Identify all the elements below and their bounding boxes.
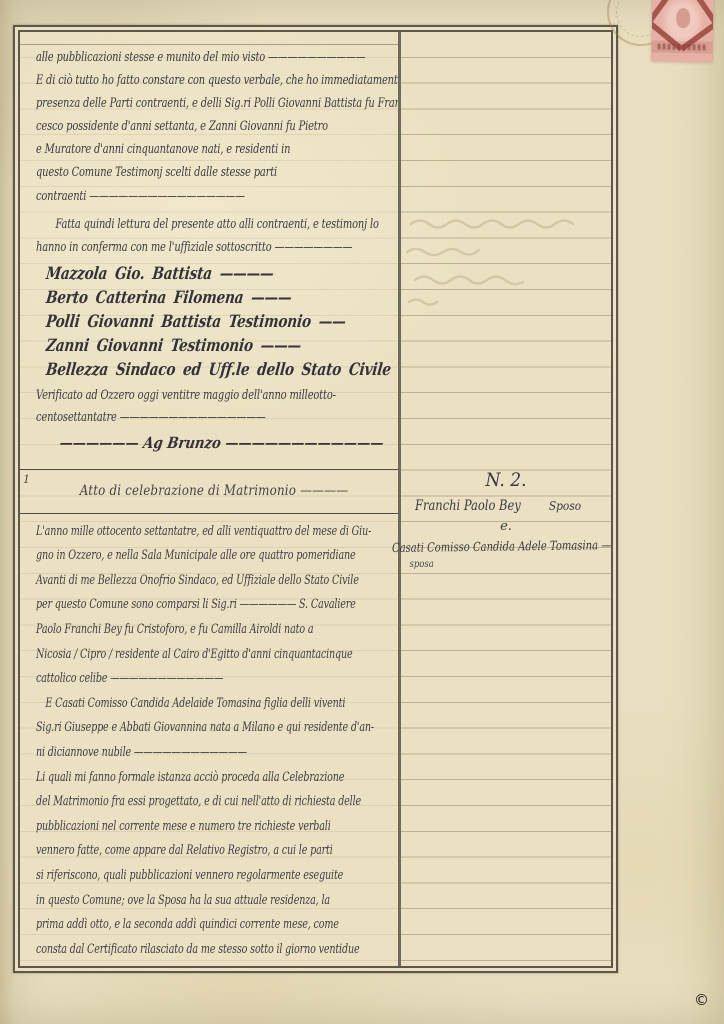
section-heading-band: Atto di celebrazione di Matrimonio ———— — [36, 470, 392, 513]
annotation-column: N. 2. Franchi Paolo Bey Sposo e. Casati … — [398, 32, 611, 966]
handwritten-line: ni diciannove nubile ———————————— — [36, 740, 307, 765]
conjunction: e. — [401, 519, 611, 534]
handwritten-line: Avanti di me Bellezza Onofrio Sindaco, e… — [36, 568, 307, 593]
signature-line: Zanni Giovanni Testimonio ——— — [45, 334, 324, 358]
handwritten-line: E di ciò tutto ho fatto constare con que… — [36, 69, 307, 92]
handwritten-line: presenza delle Parti contraenti, e delli… — [36, 92, 307, 115]
attestation-paragraph: Fatta quindi lettura del presente atto a… — [36, 213, 392, 260]
marriage-act-paragraph: L'anno mille ottocento settantatre, ed a… — [36, 514, 392, 962]
signature-block: Mazzola Gio. Battista ————Berto Catterin… — [36, 262, 392, 382]
handwritten-line: e Muratore d'anni cinquantanove nati, e … — [36, 138, 307, 161]
handwritten-line: vennero fatte, come appare dal Relativo … — [36, 838, 307, 863]
handwritten-line: Verificato ad Ozzero oggi ventitre maggi… — [36, 385, 307, 408]
groom-line: Franchi Paolo Bey Sposo — [401, 498, 611, 514]
handwritten-line: consta dal Certificato rilasciato da me … — [36, 937, 307, 962]
handwritten-line: in questo Comune; ove la Sposa ha la sua… — [36, 888, 307, 913]
handwritten-line: del Matrimonio fra essi progettato, e di… — [36, 789, 307, 814]
handwritten-line: per questo Comune sono comparsi li Sig.r… — [36, 592, 307, 617]
revenue-stamp-icon — [651, 0, 714, 63]
handwritten-line: questo Comune Testimonj scelti dalle ste… — [36, 161, 307, 184]
handwritten-line: Paolo Franchi Bey fu Cristoforo, e fu Ca… — [36, 617, 307, 642]
margin-annotation: N. 2. Franchi Paolo Bey Sposo e. Casati … — [401, 469, 611, 570]
signature-line: Berto Catterina Filomena ——— — [45, 286, 324, 310]
handwritten-line: alle pubblicazioni stesse e munito del m… — [36, 46, 307, 69]
signature-line: Mazzola Gio. Battista ———— — [45, 262, 324, 286]
verification-paragraph: Verificato ad Ozzero oggi ventitre maggi… — [36, 385, 392, 430]
groom-role-label: Sposo — [549, 498, 581, 513]
act-text-column: alle pubblicazioni stesse e munito del m… — [20, 32, 398, 966]
signature-line: Polli Giovanni Battista Testimonio —— — [45, 310, 324, 334]
ink-bleedthrough — [405, 208, 610, 308]
handwritten-line: contraenti ———————————————— — [36, 185, 307, 208]
handwritten-line: Sig.ri Giuseppe e Abbati Giovannina nata… — [36, 715, 307, 740]
handwritten-line: L'anno mille ottocento settantatre, ed a… — [36, 519, 307, 544]
handwritten-line: Li quali mi fanno formale istanza acciò … — [36, 765, 307, 790]
handwritten-line: pubblicazioni nel corrente mese e numero… — [36, 814, 307, 839]
handwritten-line: Nicosia / Cipro / residente al Cairo d'E… — [36, 642, 307, 667]
section-heading: Atto di celebrazione di Matrimonio ———— — [80, 483, 349, 499]
stray-ink-mark: 1 — [23, 473, 30, 486]
handwritten-line: prima addì otto, e la seconda addì quind… — [36, 912, 307, 937]
handwritten-line: E Casati Comisso Candida Adelaide Tomasi… — [36, 691, 307, 716]
register-table: alle pubblicazioni stesse e munito del m… — [20, 32, 611, 966]
groom-name: Franchi Paolo Bey — [415, 498, 521, 514]
copyright-symbol: © — [694, 991, 709, 1009]
signature-line: Bellezza Sindaco ed Uff.le dello Stato C… — [45, 358, 324, 382]
handwritten-line: cattolico celibe ———————————— — [36, 666, 307, 691]
handwritten-line: gno in Ozzero, e nella Sala Municipale a… — [36, 543, 307, 568]
handwritten-line: Fatta quindi lettura del presente atto a… — [36, 213, 307, 237]
record-number: N. 2. — [412, 469, 601, 491]
bride-name: Casati Comisso Candida Adele Tomasina — — [392, 538, 567, 555]
bride-role-label: sposa — [401, 559, 580, 570]
document-border-frame: alle pubblicazioni stesse e munito del m… — [13, 25, 618, 973]
closing-paragraph: alle pubblicazioni stesse e munito del m… — [36, 46, 392, 208]
handwritten-line: centosettantatre ——————————————— — [36, 407, 307, 430]
handwritten-line: si riferiscono, quali pubblicazioni venn… — [36, 863, 307, 888]
stamp-cancellation-icon — [651, 0, 714, 63]
handwritten-line: cesco possidente d'anni settanta, e Zann… — [36, 115, 307, 138]
official-signature: —————— Ag Brunzo ———————————— — [34, 430, 340, 455]
handwritten-line: hanno in conferma con me l'uffiziale sot… — [36, 236, 307, 260]
